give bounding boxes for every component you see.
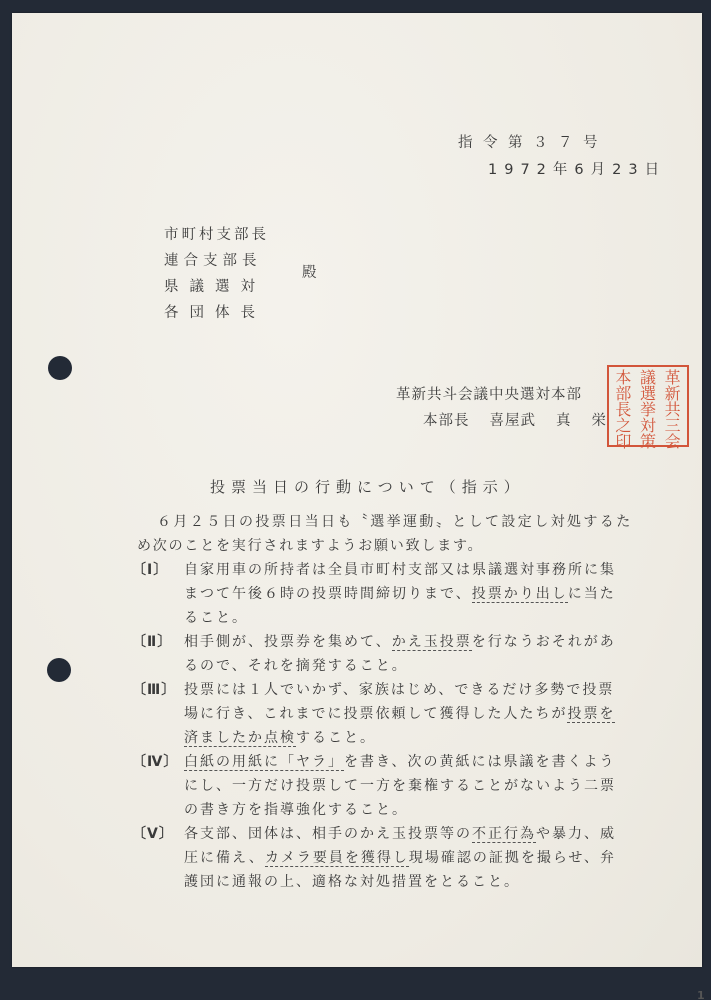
sender-organization: 革新共斗会議中央選対本部 [396,383,582,404]
sender-name: 喜屋武 [490,413,537,429]
seal-column: 革新共三会 [661,370,685,442]
item-number: 〔Ⅱ〕 [132,630,184,654]
addressee: 県議選対 [164,275,266,296]
line-text: すること。 [296,730,376,746]
instruction-item: 〔Ⅲ〕投票には１人でいかず、家族はじめ、できるだけ多勢で投票場に行き、これまでに… [137,678,697,750]
official-seal-stamp: 革新共三会議選挙対策本部長之印 [607,365,689,447]
underlined-text: カメラ要員を獲得し [265,850,409,867]
binding-mark [355,973,360,987]
sender-name: 栄 [592,413,608,429]
item-line: 場に行き、これまでに投票依頼して獲得した人たちが投票を [184,702,697,726]
sender-title: 本部長 [423,413,470,429]
instruction-item: 〔Ⅱ〕相手側が、投票券を集めて、かえ玉投票を行なうおそれがあるので、それを摘発す… [137,630,697,678]
addressee: 各団体長 [164,301,266,322]
seal-column: 議選挙対策 [636,370,660,442]
item-line: 各支部、団体は、相手のかえ玉投票等の不正行為や暴力、威 [184,822,697,846]
item-line: 相手側が、投票券を集めて、かえ玉投票を行なうおそれがあ [184,630,697,654]
underlined-text: 投票かり出し [472,586,568,603]
line-text: を行なうおそれがあ [472,634,616,650]
underlined-text: 不正行為 [472,826,536,843]
instruction-item: 〔Ⅰ〕自家用車の所持者は全員市町村支部又は県議選対事務所に集まつて午後６時の投票… [137,558,697,630]
item-line: 圧に備え、カメラ要員を獲得し現場確認の証拠を撮らせ、弁 [184,846,697,870]
punch-hole [48,356,72,380]
sender-signature: 本部長喜屋武真栄 [423,409,607,430]
page-number: 1 [697,989,705,1000]
item-line: にし、一方だけ投票して一方を棄権することがないよう二票 [184,774,697,798]
item-line: 済ましたか点検すること。 [184,726,697,750]
instruction-item: 〔Ⅳ〕白紙の用紙に「ヤラ」を書き、次の黄紙には県議を書くようにし、一方だけ投票し… [137,750,697,822]
underlined-text: かえ玉投票 [392,634,472,651]
item-number: 〔Ⅳ〕 [132,750,184,774]
item-line: 自家用車の所持者は全員市町村支部又は県議選対事務所に集 [184,558,697,582]
line-text: 現場確認の証拠を撮らせ、弁 [409,850,616,866]
seal-character: 印 [611,434,635,450]
intro-line: ６月２５日の投票日当日も〝選挙運動〟として設定し対処するた [137,510,697,534]
line-text: を書き、次の黄紙には県議を書くよう [344,754,615,770]
item-number: 〔Ⅲ〕 [132,678,184,702]
item-number: 〔Ⅰ〕 [132,558,184,582]
directive-number: 指令第３７号 [458,131,608,152]
seal-character: 会 [661,434,685,450]
item-line: まつて午後６時の投票時間締切りまで、投票かり出しに当た [184,582,697,606]
document-page: 指令第３７号 1972年6月23日 市町村支部長 連合支部長 県議選対 各団体長… [12,13,702,967]
intro-line: め次のことを実行されますようお願い致します。 [137,534,697,558]
addressee: 市町村支部長 [164,223,269,244]
item-line: 護団に通報の上、適格な対処措置をとること。 [184,870,697,894]
seal-character: 策 [636,434,660,450]
instruction-list: 〔Ⅰ〕自家用車の所持者は全員市町村支部又は県議選対事務所に集まつて午後６時の投票… [137,558,697,894]
underlined-text: 白紙の用紙に「ヤラ」 [184,754,344,771]
document-title: 投票当日の行動について（指示） [210,476,525,497]
line-text: 圧に備え、 [184,850,265,866]
addressee: 連合支部長 [164,249,262,270]
item-line: 投票には１人でいかず、家族はじめ、できるだけ多勢で投票 [184,678,697,702]
instruction-item: 〔Ⅴ〕各支部、団体は、相手のかえ玉投票等の不正行為や暴力、威圧に備え、カメラ要員… [137,822,697,894]
honorific: 殿 [302,261,317,282]
underlined-text: 済ましたか点検 [184,730,296,747]
item-line: るので、それを摘発すること。 [184,654,697,678]
line-text: に当た [568,586,616,602]
line-text: まつて午後６時の投票時間締切りまで、 [184,586,472,602]
punch-hole [47,658,71,682]
line-text: や暴力、威 [536,826,616,842]
item-number: 〔Ⅴ〕 [132,822,184,846]
item-line: 白紙の用紙に「ヤラ」を書き、次の黄紙には県議を書くよう [184,750,697,774]
seal-column: 本部長之印 [611,370,635,442]
document-body: ６月２５日の投票日当日も〝選挙運動〟として設定し対処するた め次のことを実行され… [137,510,697,894]
item-line: の書き方を指導強化すること。 [184,798,697,822]
line-text: 相手側が、投票券を集めて、 [184,634,392,650]
underlined-text: 投票を [567,706,615,723]
line-text: 各支部、団体は、相手のかえ玉投票等の [184,826,472,842]
document-date: 1972年6月23日 [488,158,666,179]
item-line: ること。 [184,606,697,630]
line-text: 場に行き、これまでに投票依頼して獲得した人たちが [184,706,567,722]
sender-name: 真 [556,413,572,429]
